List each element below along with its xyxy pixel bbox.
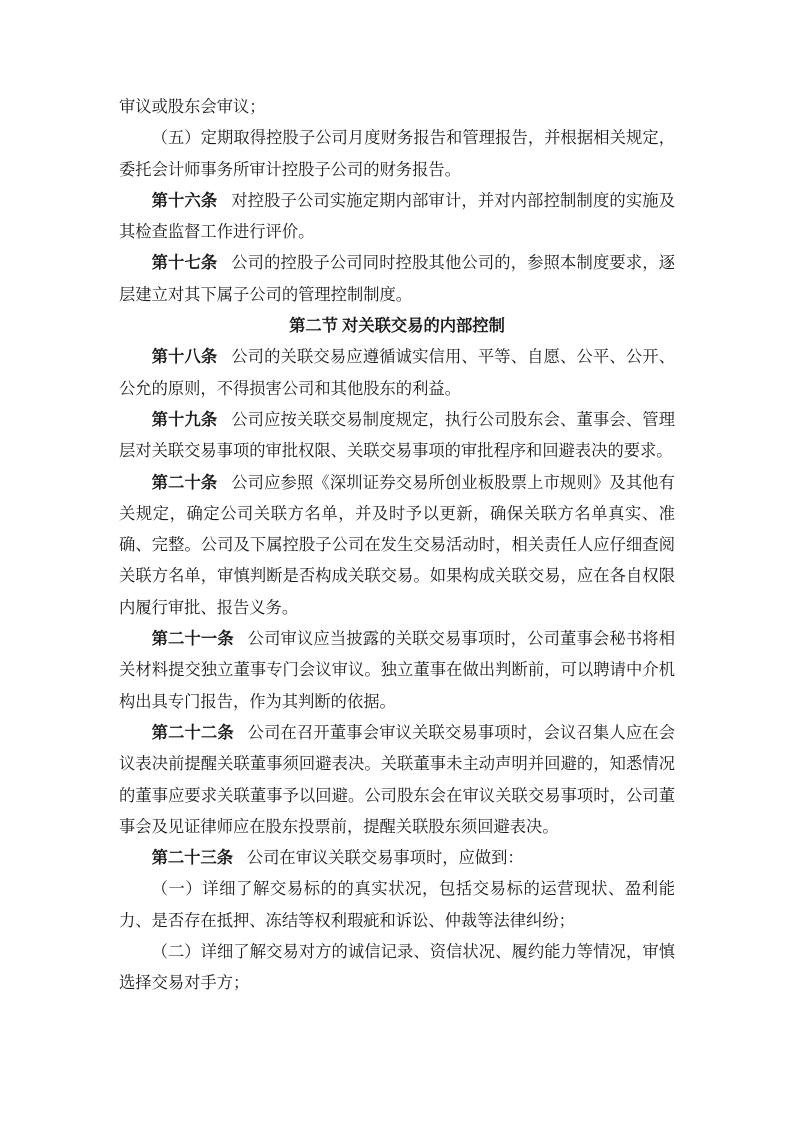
article-paragraph: 第二十二条公司在召开董事会审议关联交易事项时，会议召集人应在会议表决前提醒关联董… bbox=[119, 717, 675, 842]
article-number-label: 第二十条 bbox=[152, 473, 218, 492]
document-body: 审议或股东会审议；（五）定期取得控股子公司月度财务报告和管理报告，并根据相关规定… bbox=[119, 91, 675, 999]
paragraph-text: （五）定期取得控股子公司月度财务报告和管理报告，并根据相关规定，委托会计师事务所… bbox=[119, 128, 675, 178]
article-paragraph: 第十七条公司的控股子公司同时控股其他公司的，参照本制度要求，逐层建立对其下属子公… bbox=[119, 247, 675, 310]
article-number-label: 第二十一条 bbox=[152, 629, 234, 648]
article-paragraph: 第十六条对控股子公司实施定期内部审计，并对内部控制制度的实施及其检查监督工作进行… bbox=[119, 185, 675, 248]
paragraph-text: （二）详细了解交易对方的诚信记录、资信状况、履约能力等情况，审慎选择交易对手方； bbox=[119, 942, 675, 992]
article-number-label: 第二十三条 bbox=[152, 848, 233, 867]
paragraph: （五）定期取得控股子公司月度财务报告和管理报告，并根据相关规定，委托会计师事务所… bbox=[119, 122, 675, 185]
article-number-label: 第十七条 bbox=[152, 253, 218, 272]
paragraph: 审议或股东会审议； bbox=[119, 91, 675, 122]
article-paragraph: 第二十条公司应参照《深圳证券交易所创业板股票上市规则》及其他有关规定，确定公司关… bbox=[119, 467, 675, 623]
document-page: 审议或股东会审议；（五）定期取得控股子公司月度财务报告和管理报告，并根据相关规定… bbox=[0, 0, 794, 1122]
article-paragraph: 第十八条公司的关联交易应遵循诚实信用、平等、自愿、公平、公开、公允的原则，不得损… bbox=[119, 341, 675, 404]
article-paragraph: 第二十一条公司审议应当披露的关联交易事项时，公司董事会秘书将相关材料提交独立董事… bbox=[119, 623, 675, 717]
paragraph: （一）详细了解交易标的的真实状况，包括交易标的运营现状、盈利能力、是否存在抵押、… bbox=[119, 873, 675, 936]
article-number-label: 第十六条 bbox=[152, 191, 218, 210]
article-number-label: 第十八条 bbox=[152, 347, 218, 366]
article-number-label: 第二十二条 bbox=[152, 723, 234, 742]
article-paragraph: 第十九条公司应按关联交易制度规定，执行公司股东会、董事会、管理层对关联交易事项的… bbox=[119, 404, 675, 467]
paragraph-text: 公司应参照《深圳证券交易所创业板股票上市规则》及其他有关规定，确定公司关联方名单… bbox=[119, 473, 675, 617]
article-paragraph: 第二十三条公司在审议关联交易事项时，应做到： bbox=[119, 842, 675, 873]
paragraph-text: 公司在审议关联交易事项时，应做到： bbox=[247, 848, 524, 867]
section-heading: 第二节 对关联交易的内部控制 bbox=[119, 310, 675, 341]
paragraph-text: 审议或股东会审议； bbox=[119, 97, 266, 116]
paragraph-text: （一）详细了解交易标的的真实状况，包括交易标的运营现状、盈利能力、是否存在抵押、… bbox=[119, 879, 675, 929]
paragraph: （二）详细了解交易对方的诚信记录、资信状况、履约能力等情况，审慎选择交易对手方； bbox=[119, 936, 675, 999]
section-heading-text: 第二节 对关联交易的内部控制 bbox=[289, 316, 505, 335]
article-number-label: 第十九条 bbox=[152, 410, 218, 429]
